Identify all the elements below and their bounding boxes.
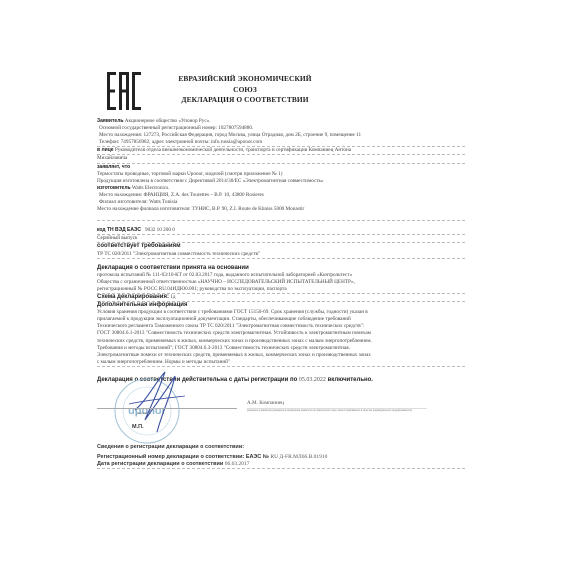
registration-date-label: Дата регистрации декларации о соответств… — [97, 461, 223, 467]
additional-info-line: ГОСТ 30804.6.1-2013 "Совместимость техни… — [97, 330, 465, 337]
signer-name-line — [247, 408, 427, 409]
basis-line3: регистрационный № РОСС RU.04ИДЮ0.001; ру… — [97, 286, 465, 294]
declaration-body: Заявитель Акционерное общество «Упонор Р… — [97, 118, 465, 469]
represented-by-label: в лице — [97, 147, 114, 153]
signer-name: А.М. Компаниец — [247, 400, 284, 407]
applicant-section: Заявитель Акционерное общество «Упонор Р… — [97, 118, 465, 147]
manufacturer-name: Watts Electronics. — [132, 185, 170, 191]
seal-place-label: М.П. — [132, 424, 144, 431]
registration-section: Сведения о регистрации декларации о соот… — [97, 444, 465, 469]
registration-number-label: Регистрационный номер декларации о соотв… — [97, 454, 269, 460]
applicant-label: Заявитель — [97, 118, 123, 124]
eac-logo-icon — [107, 72, 141, 110]
additional-info-line: Электромагнитные помехи от технических с… — [97, 352, 465, 359]
basis-line1: протокола испытаний № 111-03/10-КТ от 02… — [97, 272, 465, 279]
applicant-contacts: Телефон: 74957856982, адрес электронной … — [97, 139, 465, 147]
requirements-label: соответствует требованиям — [97, 243, 465, 250]
document-header: ЕВРАЗИЙСКИЙ ЭКОНОМИЧЕСКИЙ СОЮЗ ДЕКЛАРАЦИ… — [160, 74, 330, 106]
scheme-label: Схема декларирования — [97, 294, 167, 300]
requirements-text: ТР ТС 020/2011 "Электромагнитная совмест… — [97, 251, 465, 259]
product-directive: Продукция изготовлена в соответствии с Д… — [97, 178, 465, 185]
blank-line — [97, 213, 465, 221]
represented-by-section: в лице Руководителя отдела внешнеэкономи… — [97, 147, 465, 163]
represented-by-text-cont: Михайловича — [97, 155, 465, 163]
registration-number: RU Д-FR.МЛ66.В.01910 — [270, 454, 327, 460]
tn-ved-section: код ТН ВЭД ЕАЭС9032 10 200 0 Серийный вы… — [97, 227, 465, 258]
header-union-line2: СОЮЗ — [160, 85, 330, 96]
declares-label: заявляет, что — [97, 164, 465, 171]
signer-note: (инициалы и фамилия руководителя организ… — [247, 410, 437, 413]
represented-by-text: Руководителя отдела внешнеэкономической … — [115, 147, 351, 153]
header-title: ДЕКЛАРАЦИЯ О СООТВЕТСТВИИ — [160, 95, 330, 106]
tn-ved-label: код ТН ВЭД ЕАЭС — [97, 227, 145, 234]
applicant-address: Место нахождения: 127273, Российская Фед… — [97, 132, 465, 139]
signature-line — [97, 408, 237, 409]
additional-info-line: Требования и методы испытаний"; ГОСТ 308… — [97, 345, 465, 352]
manufacturer-label: изготовитель — [97, 185, 131, 191]
manufacturer-address: Место нахождения: ФРАНЦИЯ, Z.A. des Tour… — [97, 192, 465, 199]
declaration-page: ЕВРАЗИЙСКИЙ ЭКОНОМИЧЕСКИЙ СОЮЗ ДЕКЛАРАЦИ… — [0, 0, 575, 575]
signature-block: uponor (подпись) А.М. Компаниец (инициал… — [97, 384, 465, 434]
validity-suffix: включительно. — [328, 377, 373, 383]
tn-ved-code: 9032 10 200 0 — [145, 227, 175, 233]
additional-info-section: Дополнительная информация Условия хранен… — [97, 302, 465, 367]
validity-date: 05.03.2022 — [299, 377, 326, 383]
registration-date: 06.03.2017 — [225, 461, 250, 467]
additional-info-line: с малым энергопотреблением. Нормы и мето… — [97, 359, 465, 367]
basis-section: Декларация о соответствии принята на осн… — [97, 265, 465, 302]
basis-line2: Общества с ограниченной ответственностью… — [97, 279, 465, 286]
product-description: Термостаты проводные, торговой марки Upo… — [97, 171, 465, 178]
scheme-value: 1д — [170, 294, 175, 300]
applicant-name: Акционерное общество «Упонор Рус». — [125, 118, 211, 124]
additional-info-line: прилагаемой к продукции эксплуатационной… — [97, 316, 465, 323]
basis-label: Декларация о соответствии принята на осн… — [97, 265, 465, 272]
manufacturer-branch-address: Место нахождение филиала изготовителя: Т… — [97, 206, 465, 213]
additional-info-line: технических средств, применяемых в жилых… — [97, 338, 465, 345]
signature-caption: (подпись) — [137, 410, 148, 417]
declares-section: заявляет, что Термостаты проводные, торг… — [97, 164, 465, 222]
header-union-line1: ЕВРАЗИЙСКИЙ ЭКОНОМИЧЕСКИЙ — [160, 74, 330, 85]
